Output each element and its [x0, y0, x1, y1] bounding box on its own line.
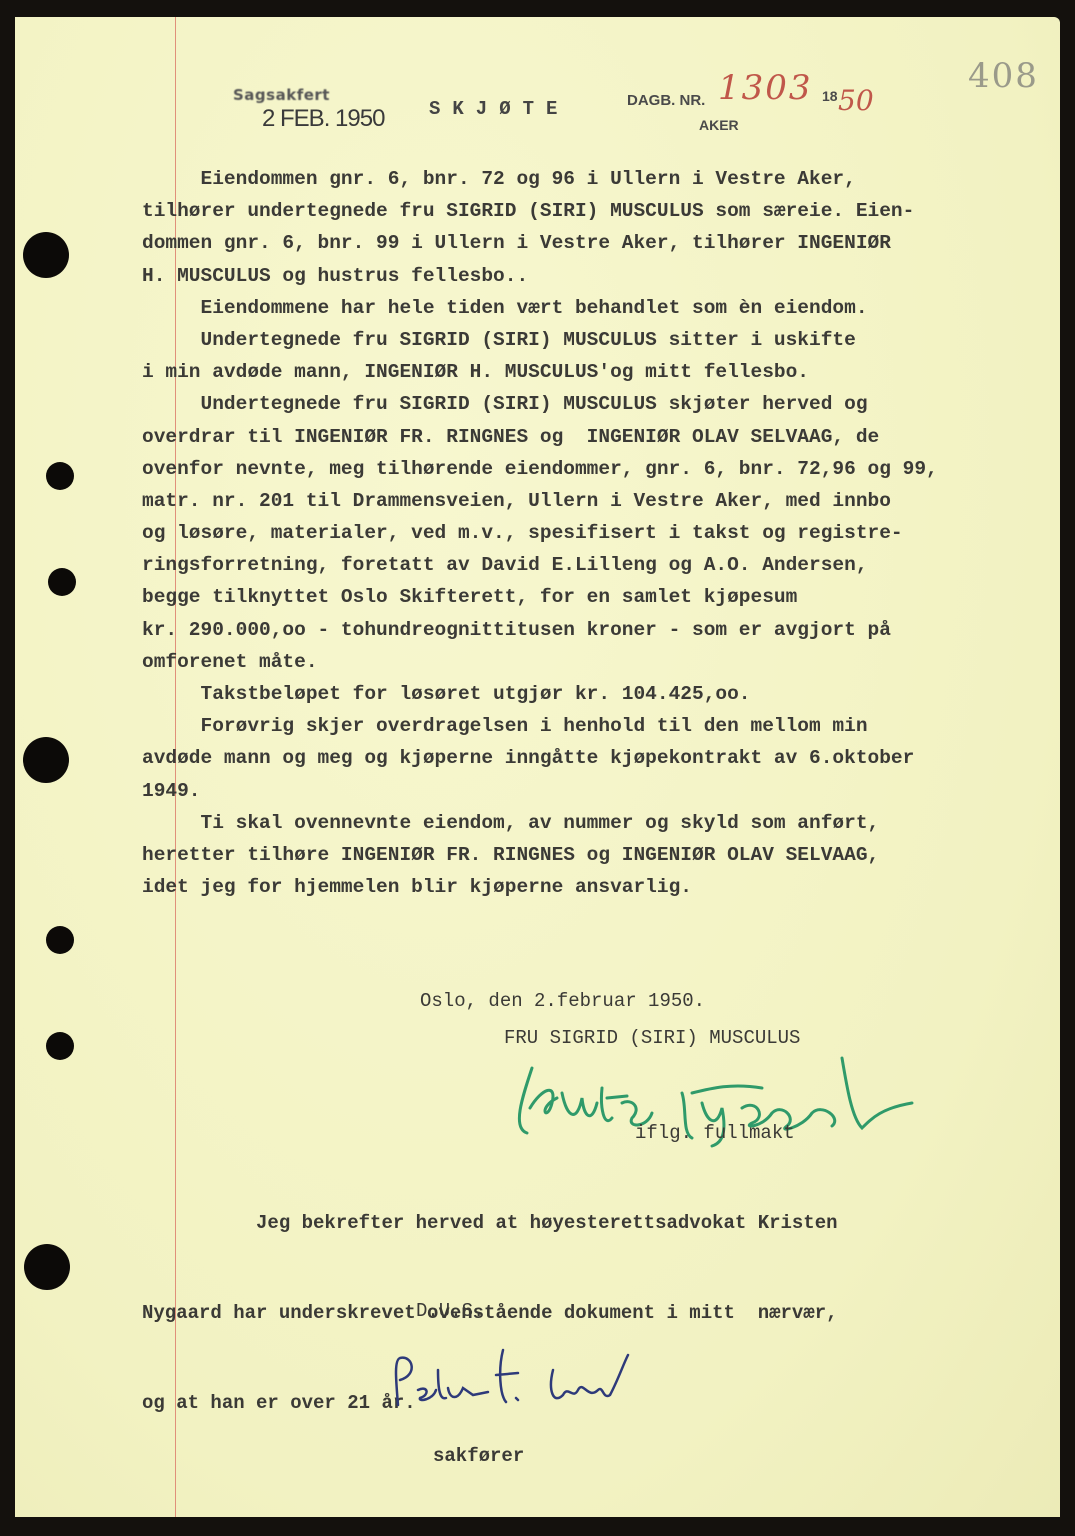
body-line: 1949. [142, 775, 1042, 807]
attestation-line: Jeg bekrefter herved at høyesterettsadvo… [142, 1208, 838, 1238]
body-line: H. MUSCULUS og hustrus fellesbo.. [142, 260, 1042, 292]
body-line: avdøde mann og meg og kjøperne inngåtte … [142, 742, 1042, 774]
witness-signature-icon [388, 1340, 648, 1420]
body-line: Ti skal ovennevnte eiendom, av nummer og… [142, 807, 1042, 839]
punch-hole-icon [46, 462, 74, 490]
body-line: Eiendommene har hele tiden vært behandle… [142, 292, 1042, 324]
page-number: 408 [968, 56, 1039, 96]
role-title: sakfører [433, 1445, 524, 1467]
body-line: omforenet måte. [142, 646, 1042, 678]
proxy-note: iflg. fullmakt [635, 1122, 795, 1144]
body-line: begge tilknyttet Oslo Skifterett, for en… [142, 581, 1042, 613]
deed-body: Eiendommen gnr. 6, bnr. 72 og 96 i Uller… [142, 163, 1042, 903]
document-title: SKJØTE [429, 98, 569, 120]
punch-hole-icon [24, 1244, 70, 1290]
body-line: kr. 290.000,oo - tohundreognittitusen kr… [142, 614, 1042, 646]
body-line: tilhører undertegnede fru SIGRID (SIRI) … [142, 195, 1042, 227]
body-line: overdrar til INGENIØR FR. RINGNES og ING… [142, 421, 1042, 453]
body-line: Forøvrig skjer overdragelsen i henhold t… [142, 710, 1042, 742]
diary-number-label: DAGB. NR. [627, 92, 705, 109]
punch-hole-icon [46, 1032, 74, 1060]
diary-year-handwritten: 50 [838, 84, 874, 117]
dus-abbreviation: D.U.S. [416, 1300, 484, 1322]
punch-hole-icon [48, 568, 76, 596]
diary-number-suffix: 18 [822, 88, 838, 104]
registration-stamp-office: Sagsakfert [233, 86, 330, 104]
body-line: ovenfor nevnte, meg tilhørende eiendomme… [142, 453, 1042, 485]
punch-hole-icon [23, 232, 69, 278]
body-line: Undertegnede fru SIGRID (SIRI) MUSCULUS … [142, 388, 1042, 420]
body-line: i min avdøde mann, INGENIØR H. MUSCULUS'… [142, 356, 1042, 388]
place-and-date: Oslo, den 2.februar 1950. [420, 990, 705, 1012]
attestation-line: Nygaard har underskrevet ovenstående dok… [142, 1298, 838, 1328]
body-line: Eiendommen gnr. 6, bnr. 72 og 96 i Uller… [142, 163, 1042, 195]
body-line: ringsforretning, foretatt av David E.Lil… [142, 549, 1042, 581]
diary-number-handwritten: 1303 [718, 68, 813, 108]
punch-hole-icon [23, 737, 69, 783]
body-line: og løsøre, materialer, ved m.v., spesifi… [142, 517, 1042, 549]
body-line: heretter tilhøre INGENIØR FR. RINGNES og… [142, 839, 1042, 871]
body-line: idet jeg for hjemmelen blir kjøperne ans… [142, 871, 1042, 903]
body-line: Undertegnede fru SIGRID (SIRI) MUSCULUS … [142, 324, 1042, 356]
punch-hole-icon [46, 926, 74, 954]
district-label: AKER [699, 117, 739, 133]
body-line: dommen gnr. 6, bnr. 99 i Ullern i Vestre… [142, 227, 1042, 259]
registration-stamp-date: 2 FEB. 1950 [262, 105, 384, 133]
body-line: Takstbeløpet for løsøret utgjør kr. 104.… [142, 678, 1042, 710]
body-line: matr. nr. 201 til Drammensveien, Ullern … [142, 485, 1042, 517]
signatory-name: FRU SIGRID (SIRI) MUSCULUS [504, 1027, 800, 1049]
